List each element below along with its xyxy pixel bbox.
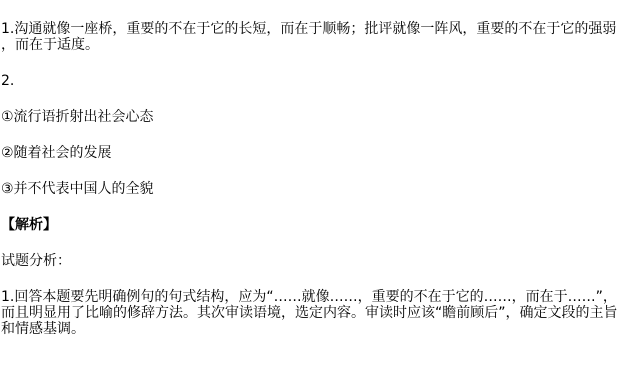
document-body: 1.沟通就像一座桥，重要的不在于它的长短，而在于顺畅；批评就像一阵风，重要的不在… (0, 0, 630, 337)
answer-2-item-2: ②随着社会的发展 (1, 145, 629, 161)
analysis-header: 【解析】 (1, 217, 629, 233)
answer-2-number: 2. (1, 73, 629, 89)
answer-2-item-1: ①流行语折射出社会心态 (1, 109, 629, 125)
answer-2-item-3: ③并不代表中国人的全貌 (1, 181, 629, 197)
analysis-body-text: 1.回答本题要先明确例句的句式结构，应为“……就像……，重要的不在于它的……，而… (1, 289, 629, 337)
analysis-subtitle: 试题分析： (1, 253, 629, 269)
answer-1-sentence: 1.沟通就像一座桥，重要的不在于它的长短，而在于顺畅；批评就像一阵风，重要的不在… (1, 21, 629, 53)
